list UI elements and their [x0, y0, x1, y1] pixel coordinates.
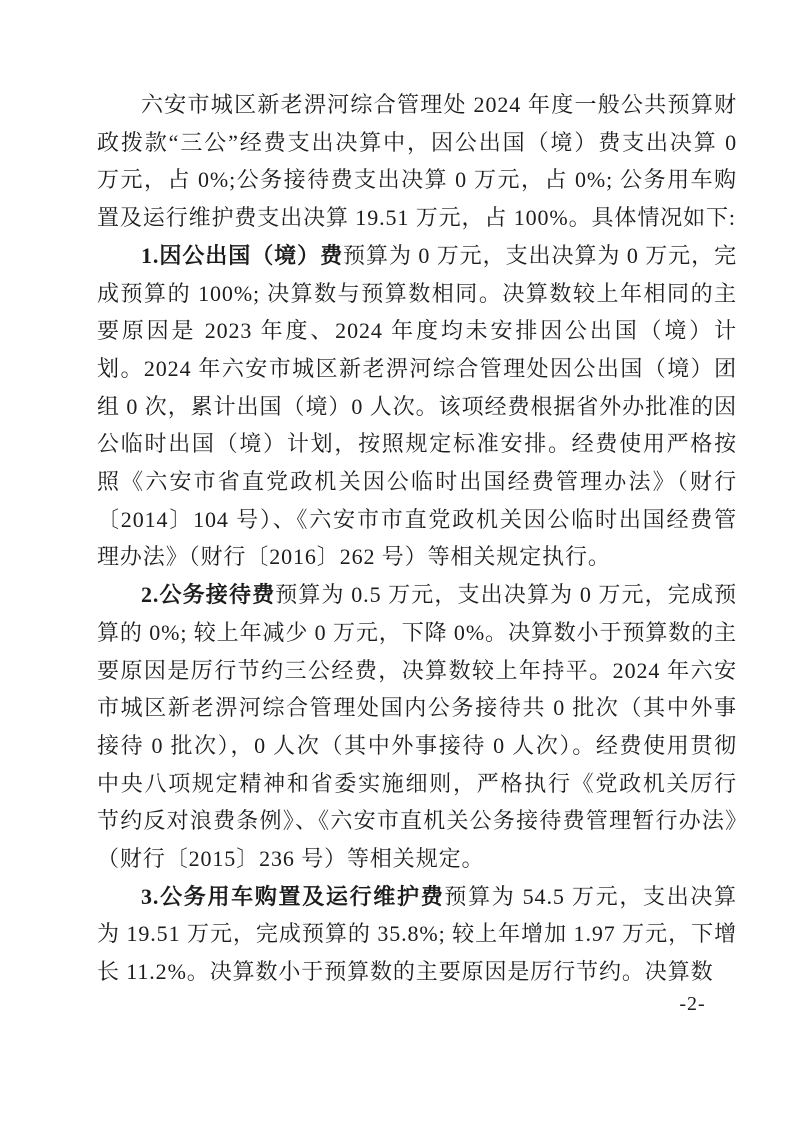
paragraph-lead-label: 2.公务接待费 [141, 582, 275, 607]
paragraph-lead-label: 1.因公出国（境）费 [141, 243, 343, 268]
document-body: 六安市城区新老淠河综合管理处 2024 年度一般公共预算财政拨款“三公”经费支出… [97, 86, 737, 991]
paragraph: 六安市城区新老淠河综合管理处 2024 年度一般公共预算财政拨款“三公”经费支出… [97, 86, 737, 237]
paragraph-text: 预算为 0 万元，支出决算为 0 万元，完成预算的 100%; 决算数与预算数相… [97, 243, 737, 570]
paragraph-text: 预算为 0.5 万元，支出决算为 0 万元，完成预算的 0%; 较上年减少 0 … [97, 582, 737, 871]
page-number: -2- [645, 993, 740, 1015]
document-page: 六安市城区新老淠河综合管理处 2024 年度一般公共预算财政拨款“三公”经费支出… [0, 0, 793, 1122]
paragraph: 2.公务接待费预算为 0.5 万元，支出决算为 0 万元，完成预算的 0%; 较… [97, 576, 737, 878]
paragraph-text: 六安市城区新老淠河综合管理处 2024 年度一般公共预算财政拨款“三公”经费支出… [97, 92, 737, 230]
paragraph-lead-label: 3.公务用车购置及运行维护费 [141, 884, 444, 909]
paragraph: 1.因公出国（境）费预算为 0 万元，支出决算为 0 万元，完成预算的 100%… [97, 237, 737, 576]
paragraph: 3.公务用车购置及运行维护费预算为 54.5 万元，支出决算为 19.51 万元… [97, 878, 737, 991]
